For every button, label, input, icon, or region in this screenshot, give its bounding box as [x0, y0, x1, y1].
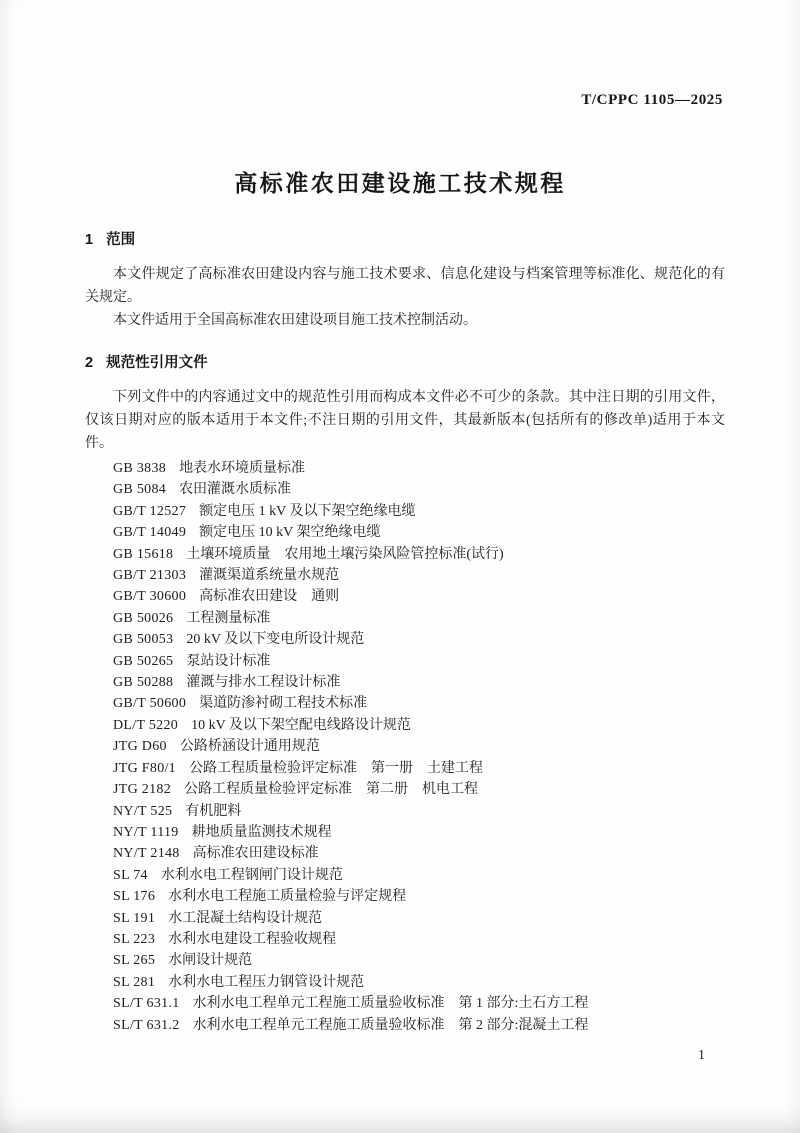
reference-title: 10 kV 及以下架空配电线路设计规范: [191, 718, 411, 733]
reference-item: NY/T 525有机肥料: [113, 801, 725, 822]
reference-code: SL 191: [113, 908, 155, 929]
reference-title: 水工混凝土结构设计规范: [168, 911, 322, 926]
reference-title: 额定电压 10 kV 架空绝缘电缆: [199, 525, 380, 540]
reference-title: 渠道防渗衬砌工程技术标准: [199, 696, 367, 711]
reference-title: 水利水电建设工程验收规程: [168, 932, 336, 947]
reference-item: SL 191水工混凝土结构设计规范: [113, 908, 725, 929]
reference-title: 灌溉渠道系统量水规范: [199, 568, 339, 583]
reference-code: SL 176: [113, 886, 155, 907]
reference-code: GB/T 21303: [113, 565, 186, 586]
reference-title: 灌溉与排水工程设计标准: [186, 675, 340, 690]
reference-item: SL 223水利水电建设工程验收规程: [113, 929, 725, 950]
reference-item: GB/T 50600渠道防渗衬砌工程技术标准: [113, 693, 725, 714]
reference-code: DL/T 5220: [113, 715, 178, 736]
reference-title: 水利水电工程单元工程施工质量验收标准 第 2 部分:混凝土工程: [193, 1018, 589, 1033]
reference-title: 水利水电工程钢闸门设计规范: [161, 868, 343, 883]
reference-item: SL 265水闸设计规范: [113, 950, 725, 971]
section-number: 2: [85, 354, 93, 373]
reference-code: GB 5084: [113, 479, 166, 500]
reference-item: JTG 2182公路工程质量检验评定标准 第二册 机电工程: [113, 779, 725, 800]
reference-item: JTG D60公路桥涵设计通用规范: [113, 736, 725, 757]
reference-item: NY/T 2148高标准农田建设标准: [113, 843, 725, 864]
document-page: T/CPPC 1105—2025 高标准农田建设施工技术规程 1范围 本文件规定…: [0, 0, 800, 1133]
reference-code: SL 281: [113, 972, 155, 993]
normative-references-intro: 下列文件中的内容通过文中的规范性引用而构成本文件必不可少的条款。其中注日期的引用…: [85, 386, 725, 455]
reference-item: SL 281水利水电工程压力钢管设计规范: [113, 972, 725, 993]
reference-code: GB 50265: [113, 651, 173, 672]
reference-code: GB 50288: [113, 672, 173, 693]
reference-title: 额定电压 1 kV 及以下架空绝缘电缆: [199, 504, 415, 519]
reference-item: DL/T 522010 kV 及以下架空配电线路设计规范: [113, 715, 725, 736]
document-body: 1范围 本文件规定了高标准农田建设内容与施工技术要求、信息化建设与档案管理等标准…: [85, 231, 725, 1036]
reference-code: NY/T 525: [113, 801, 172, 822]
reference-code: GB/T 30600: [113, 586, 186, 607]
reference-code: GB 15618: [113, 544, 173, 565]
reference-item: JTG F80/1公路工程质量检验评定标准 第一册 土建工程: [113, 758, 725, 779]
reference-item: GB 5084农田灌溉水质标准: [113, 479, 725, 500]
reference-title: 公路桥涵设计通用规范: [180, 739, 320, 754]
reference-code: JTG 2182: [113, 779, 171, 800]
reference-item: GB 50265泵站设计标准: [113, 651, 725, 672]
section-title: 范围: [106, 232, 135, 248]
reference-title: 泵站设计标准: [186, 654, 270, 669]
reference-code: NY/T 2148: [113, 843, 180, 864]
standard-number: T/CPPC 1105—2025: [581, 92, 723, 109]
reference-title: 耕地质量监测技术规程: [192, 825, 332, 840]
reference-item: GB 3838地表水环境质量标准: [113, 458, 725, 479]
section-number: 1: [85, 231, 93, 250]
reference-title: 工程测量标准: [186, 611, 270, 626]
reference-item: GB/T 12527额定电压 1 kV 及以下架空绝缘电缆: [113, 501, 725, 522]
page-number: 1: [698, 1048, 705, 1064]
reference-item: SL/T 631.1水利水电工程单元工程施工质量验收标准 第 1 部分:土石方工…: [113, 993, 725, 1014]
reference-code: GB 50053: [113, 629, 173, 650]
reference-title: 农田灌溉水质标准: [179, 482, 291, 497]
reference-code: GB 3838: [113, 458, 166, 479]
reference-code: SL/T 631.2: [113, 1015, 180, 1036]
reference-code: SL 74: [113, 865, 148, 886]
reference-title: 高标准农田建设标准: [193, 846, 319, 861]
reference-item: SL 176水利水电工程施工质量检验与评定规程: [113, 886, 725, 907]
reference-title: 水利水电工程单元工程施工质量验收标准 第 1 部分:土石方工程: [193, 996, 589, 1011]
section-heading-scope: 1范围: [85, 231, 725, 250]
reference-code: JTG D60: [113, 736, 167, 757]
reference-item: GB 15618土壤环境质量 农用地土壤污染风险管控标准(试行): [113, 544, 725, 565]
reference-title: 有机肥料: [185, 804, 241, 819]
reference-item: SL/T 631.2水利水电工程单元工程施工质量验收标准 第 2 部分:混凝土工…: [113, 1015, 725, 1036]
reference-title: 水闸设计规范: [168, 953, 252, 968]
reference-item: SL 74水利水电工程钢闸门设计规范: [113, 865, 725, 886]
reference-title: 土壤环境质量 农用地土壤污染风险管控标准(试行): [186, 547, 503, 562]
reference-title: 地表水环境质量标准: [179, 461, 305, 476]
reference-code: JTG F80/1: [113, 758, 176, 779]
reference-code: GB/T 14049: [113, 522, 186, 543]
reference-item: NY/T 1119耕地质量监测技术规程: [113, 822, 725, 843]
reference-title: 水利水电工程施工质量检验与评定规程: [168, 889, 406, 904]
reference-item: GB 5005320 kV 及以下变电所设计规范: [113, 629, 725, 650]
scope-paragraph-1: 本文件规定了高标准农田建设内容与施工技术要求、信息化建设与档案管理等标准化、规范…: [85, 263, 725, 309]
reference-code: NY/T 1119: [113, 822, 179, 843]
reference-list: GB 3838地表水环境质量标准 GB 5084农田灌溉水质标准 GB/T 12…: [85, 458, 725, 1036]
reference-code: SL 223: [113, 929, 155, 950]
reference-title: 20 kV 及以下变电所设计规范: [186, 632, 364, 647]
reference-code: GB/T 50600: [113, 693, 186, 714]
reference-title: 水利水电工程压力钢管设计规范: [168, 975, 364, 990]
reference-item: GB/T 14049额定电压 10 kV 架空绝缘电缆: [113, 522, 725, 543]
reference-item: GB 50288灌溉与排水工程设计标准: [113, 672, 725, 693]
reference-code: SL/T 631.1: [113, 993, 180, 1014]
reference-title: 高标准农田建设 通则: [199, 589, 339, 604]
reference-item: GB/T 30600高标准农田建设 通则: [113, 586, 725, 607]
reference-code: GB 50026: [113, 608, 173, 629]
reference-item: GB 50026工程测量标准: [113, 608, 725, 629]
section-title: 规范性引用文件: [106, 355, 208, 371]
reference-title: 公路工程质量检验评定标准 第一册 土建工程: [189, 761, 483, 776]
reference-item: GB/T 21303灌溉渠道系统量水规范: [113, 565, 725, 586]
section-heading-normative-references: 2规范性引用文件: [85, 354, 725, 373]
scope-paragraph-2: 本文件适用于全国高标准农田建设项目施工技术控制活动。: [85, 309, 725, 332]
reference-code: SL 265: [113, 950, 155, 971]
reference-title: 公路工程质量检验评定标准 第二册 机电工程: [184, 782, 478, 797]
reference-code: GB/T 12527: [113, 501, 186, 522]
document-title: 高标准农田建设施工技术规程: [0, 165, 800, 198]
